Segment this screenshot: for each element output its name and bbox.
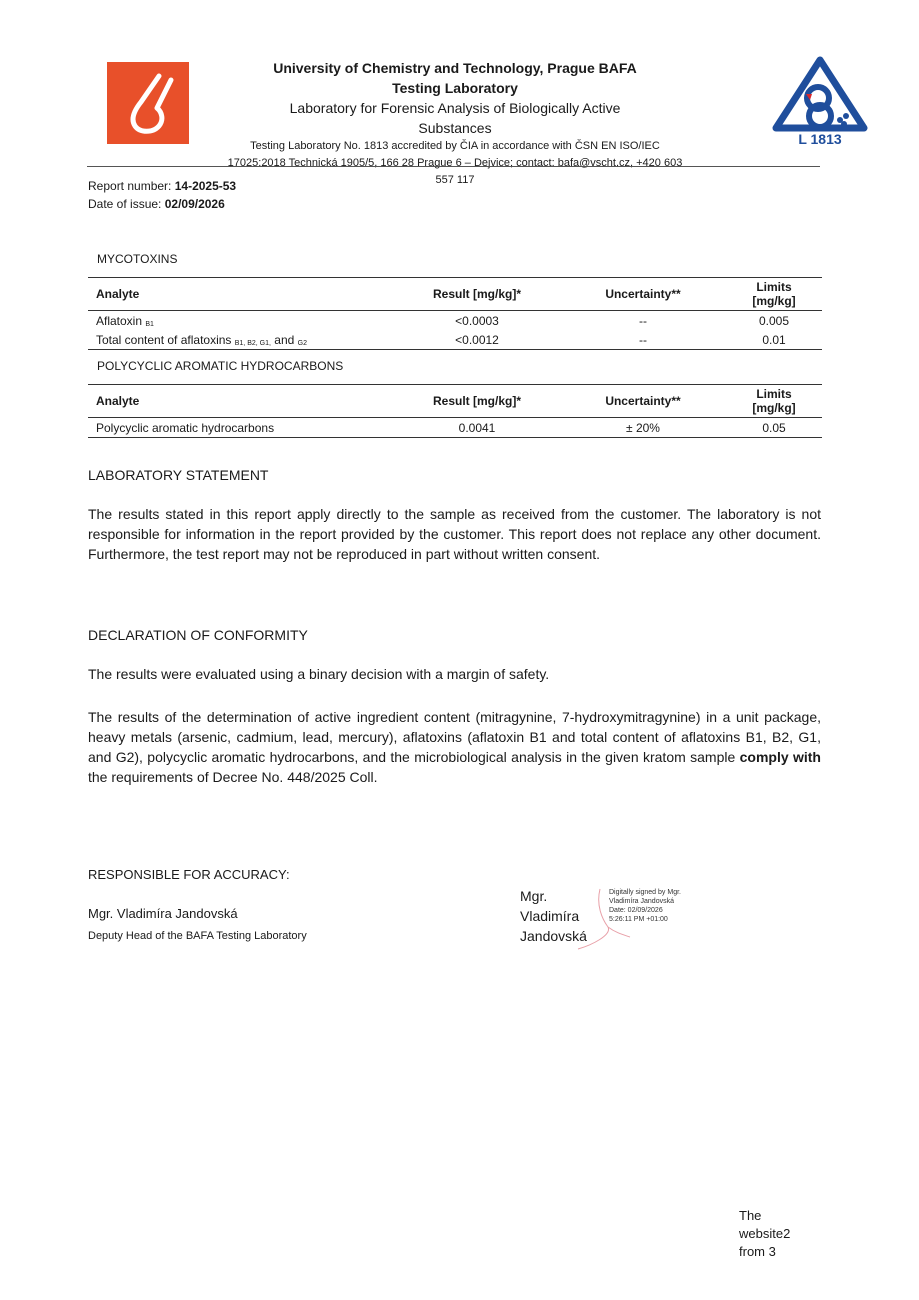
footer-line: from 3 <box>739 1243 790 1261</box>
issue-date-value: 02/09/2026 <box>165 197 225 211</box>
conformity-text-1: The results were evaluated using a binar… <box>88 664 821 684</box>
report-number-label: Report number: <box>88 179 175 193</box>
conformity-title: DECLARATION OF CONFORMITY <box>88 627 308 643</box>
drop-icon <box>107 62 189 144</box>
footer-line: The <box>739 1207 790 1225</box>
footer-line: website2 <box>739 1225 790 1243</box>
table-row: Aflatoxin B1 <0.0003 -- 0.005 <box>88 311 822 331</box>
responsible-title: RESPONSIBLE FOR ACCURACY: <box>88 867 290 882</box>
report-number: Report number: 14-2025-53 <box>88 177 236 195</box>
table-header-row: Analyte Result [mg/kg]* Uncertainty** Li… <box>88 278 822 311</box>
university-logo <box>107 62 189 144</box>
svg-text:L 1813: L 1813 <box>798 131 842 147</box>
col-result: Result [mg/kg]* <box>394 278 560 311</box>
signature-info-line: 5:26:11 PM +01:00 <box>609 915 681 924</box>
lab-subtitle-1: Laboratory for Forensic Analysis of Biol… <box>200 98 710 118</box>
analyte-cell: Total content of aflatoxins B1, B2, G1, … <box>88 330 394 350</box>
issue-date-label: Date of issue: <box>88 197 165 211</box>
signature-info-line: Vladimíra Jandovská <box>609 897 681 906</box>
uncertainty-cell: -- <box>560 311 726 331</box>
analyte-and: and <box>271 333 298 347</box>
col-limits: Limits [mg/kg] <box>726 278 822 311</box>
pah-table: Analyte Result [mg/kg]* Uncertainty** Li… <box>88 384 822 438</box>
limit-cell: 0.05 <box>726 418 822 438</box>
result-cell: <0.0012 <box>394 330 560 350</box>
mycotoxins-table: Analyte Result [mg/kg]* Uncertainty** Li… <box>88 277 822 350</box>
result-cell: <0.0003 <box>394 311 560 331</box>
lab-statement-text: The results stated in this report apply … <box>88 504 821 564</box>
digital-signature-info: Digitally signed by Mgr. Vladimíra Jando… <box>609 888 681 924</box>
col-analyte: Analyte <box>88 385 394 418</box>
table-row: Total content of aflatoxins B1, B2, G1, … <box>88 330 822 350</box>
conformity-emphasis: comply with <box>740 749 821 765</box>
result-cell: 0.0041 <box>394 418 560 438</box>
analyte-name: Total content of aflatoxins <box>96 333 235 347</box>
header-divider <box>87 166 820 167</box>
lab-statement-title: LABORATORY STATEMENT <box>88 467 268 483</box>
triangle-logo-icon: L 1813 <box>770 54 870 149</box>
col-uncertainty: Uncertainty** <box>560 278 726 311</box>
table-header-row: Analyte Result [mg/kg]* Uncertainty** Li… <box>88 385 822 418</box>
report-number-value: 14-2025-53 <box>175 179 236 193</box>
analyte-subscript-2: G2 <box>298 340 307 347</box>
col-limits: Limits [mg/kg] <box>726 385 822 418</box>
conformity-text-post: the requirements of Decree No. 448/2025 … <box>88 769 378 785</box>
accreditation-line-3: 557 117 <box>200 172 710 189</box>
responsible-name: Mgr. Vladimíra Jandovská <box>88 906 238 921</box>
mycotoxins-label: MYCOTOXINS <box>97 252 177 266</box>
lab-subtitle-2: Substances <box>200 118 710 138</box>
responsible-role: Deputy Head of the BAFA Testing Laborato… <box>88 930 307 942</box>
letterhead: University of Chemistry and Technology, … <box>200 58 710 189</box>
pah-label: POLYCYCLIC AROMATIC HYDROCARBONS <box>97 359 343 373</box>
analyte-subscript: B1 <box>145 321 154 328</box>
conformity-text-pre: The results of the determination of acti… <box>88 709 821 765</box>
col-uncertainty: Uncertainty** <box>560 385 726 418</box>
table-row: Polycyclic aromatic hydrocarbons 0.0041 … <box>88 418 822 438</box>
analyte-name: Aflatoxin <box>96 314 145 328</box>
analyte-cell: Polycyclic aromatic hydrocarbons <box>88 418 394 438</box>
issue-date: Date of issue: 02/09/2026 <box>88 195 225 213</box>
col-result: Result [mg/kg]* <box>394 385 560 418</box>
accreditation-logo: L 1813 <box>770 54 870 149</box>
limit-cell: 0.005 <box>726 311 822 331</box>
analyte-subscript: B1, B2, G1, <box>235 340 271 347</box>
limit-cell: 0.01 <box>726 330 822 350</box>
accreditation-line-2: 17025:2018 Technická 1905/5, 166 28 Prag… <box>200 155 710 172</box>
uncertainty-cell: -- <box>560 330 726 350</box>
uncertainty-cell: ± 20% <box>560 418 726 438</box>
col-analyte: Analyte <box>88 278 394 311</box>
conformity-text-2: The results of the determination of acti… <box>88 707 821 787</box>
institution-name: University of Chemistry and Technology, … <box>200 58 710 78</box>
page-footer: The website2 from 3 <box>739 1207 790 1261</box>
lab-name: Testing Laboratory <box>200 78 710 98</box>
signature-info-line: Date: 02/09/2026 <box>609 906 681 915</box>
signature-info-line: Digitally signed by Mgr. <box>609 888 681 897</box>
accreditation-line-1: Testing Laboratory No. 1813 accredited b… <box>200 138 710 155</box>
analyte-cell: Aflatoxin B1 <box>88 311 394 331</box>
